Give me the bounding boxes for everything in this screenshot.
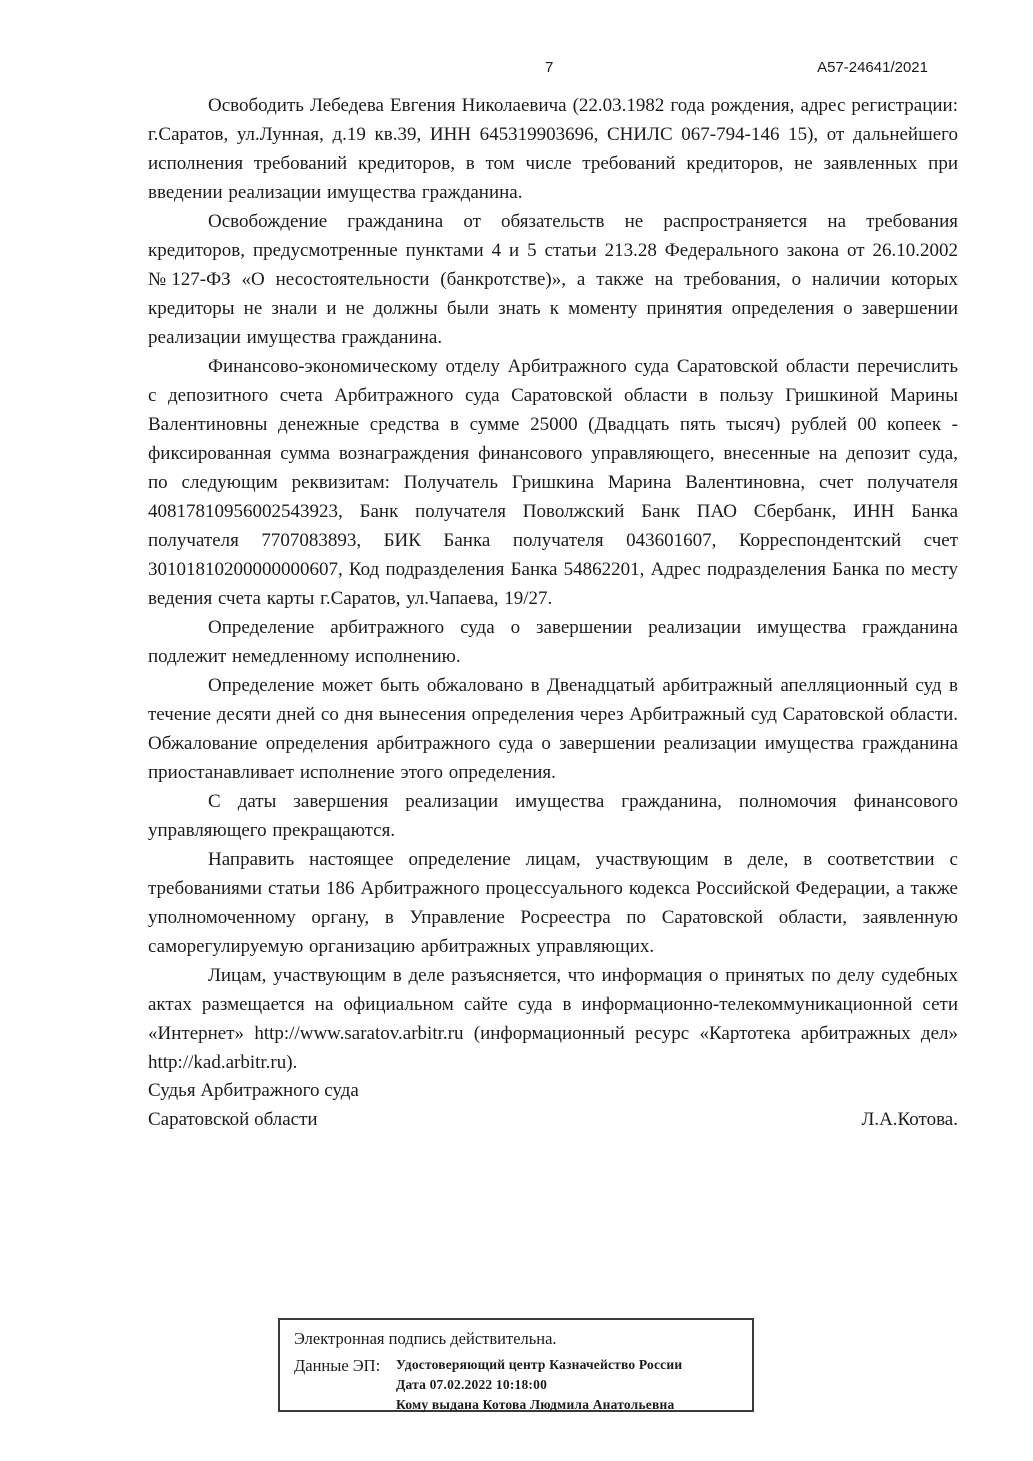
stamp-data-label: Данные ЭП: — [294, 1355, 396, 1377]
stamp-issued-to: Кому выдана Котова Людмила Анатольевна — [396, 1395, 738, 1415]
electronic-signature-stamp: Электронная подпись действительна. Данны… — [278, 1318, 754, 1412]
stamp-validity-text: Электронная подпись действительна. — [294, 1328, 738, 1350]
paragraph-exemption-limits: Освобождение гражданина от обязательств … — [148, 207, 958, 352]
judge-title-line1: Судья Арбитражного суда — [148, 1076, 958, 1105]
case-number: А57-24641/2021 — [817, 58, 928, 78]
signature-block: Судья Арбитражного суда Саратовской обла… — [148, 1076, 958, 1134]
paragraph-release: Освободить Лебедева Евгения Николаевича … — [148, 91, 958, 207]
judge-title-line2: Саратовской области — [148, 1105, 318, 1134]
paragraph-online-info: Лицам, участвующим в деле разъясняется, … — [148, 961, 958, 1077]
stamp-certifying-center: Удостоверяющий центр Казначейство России — [396, 1355, 738, 1375]
paragraph-immediate-execution: Определение арбитражного суда о завершен… — [148, 613, 958, 671]
document-body: Освободить Лебедева Евгения Николаевича … — [148, 91, 958, 1077]
stamp-data-row: Данные ЭП: Удостоверяющий центр Казначей… — [294, 1355, 738, 1415]
paragraph-payment-requisites: Финансово-экономическому отделу Арбитраж… — [148, 352, 958, 613]
paragraph-send-copies: Направить настоящее определение лицам, у… — [148, 845, 958, 961]
judge-name: Л.А.Котова. — [861, 1105, 958, 1134]
paragraph-appeal: Определение может быть обжаловано в Двен… — [148, 671, 958, 787]
signature-row: Саратовской области Л.А.Котова. — [148, 1105, 958, 1134]
document-header: 7 А57-24641/2021 — [0, 58, 1033, 78]
paragraph-manager-powers: С даты завершения реализации имущества г… — [148, 787, 958, 845]
stamp-date: Дата 07.02.2022 10:18:00 — [396, 1375, 738, 1395]
document-page: 7 А57-24641/2021 Освободить Лебедева Евг… — [0, 0, 1033, 1461]
page-number: 7 — [545, 58, 553, 78]
stamp-details: Удостоверяющий центр Казначейство России… — [396, 1355, 738, 1415]
